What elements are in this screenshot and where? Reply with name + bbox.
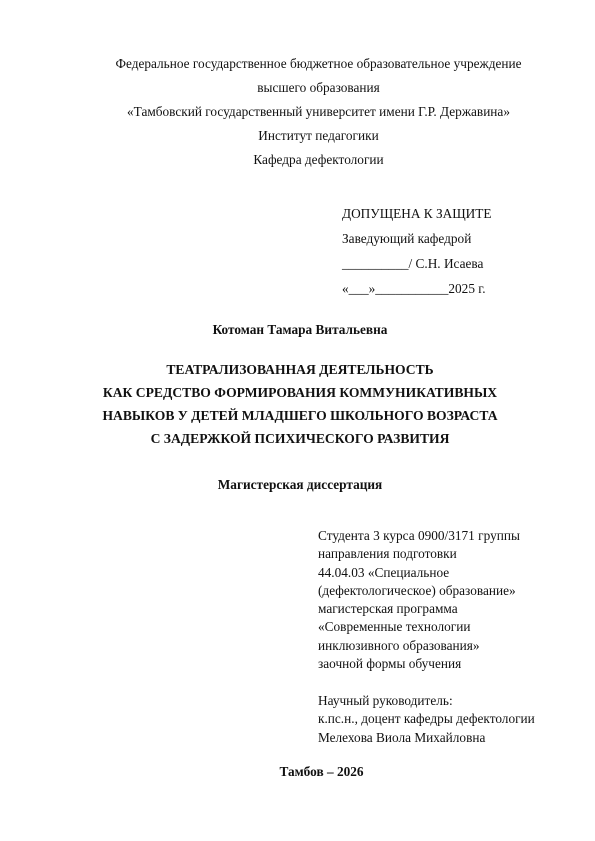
- student-info-line: магистерская программа: [318, 600, 520, 618]
- student-info-line: Студента 3 курса 0900/3171 группы: [318, 527, 520, 545]
- header-line-federal: Федеральное государственное бюджетное об…: [0, 56, 595, 72]
- title-line: С ЗАДЕРЖКОЙ ПСИХИЧЕСКОГО РАЗВИТИЯ: [0, 427, 595, 450]
- student-info-block: Студента 3 курса 0900/3171 группы направ…: [318, 527, 520, 673]
- approval-position: Заведующий кафедрой: [342, 226, 491, 251]
- student-info-line: (дефектологическое) образование»: [318, 582, 520, 600]
- title-line: ТЕАТРАЛИЗОВАННАЯ ДЕЯТЕЛЬНОСТЬ: [0, 358, 595, 381]
- supervisor-block: Научный руководитель: к.пс.н., доцент ка…: [318, 692, 535, 747]
- author-name: Котоман Тамара Витальевна: [0, 322, 595, 338]
- student-info-line: «Современные технологии: [318, 618, 520, 636]
- work-type: Магистерская диссертация: [0, 477, 595, 493]
- title-line: НАВЫКОВ У ДЕТЕЙ МЛАДШЕГО ШКОЛЬНОГО ВОЗРА…: [0, 404, 595, 427]
- approval-status: ДОПУЩЕНА К ЗАЩИТЕ: [342, 201, 491, 226]
- header-line-higher-education: высшего образования: [0, 80, 595, 96]
- supervisor-label: Научный руководитель:: [318, 692, 535, 710]
- city-year: Тамбов – 2026: [0, 764, 595, 780]
- approval-block: ДОПУЩЕНА К ЗАЩИТЕ Заведующий кафедрой __…: [342, 201, 491, 301]
- header-line-university: «Тамбовский государственный университет …: [0, 104, 595, 120]
- header-line-department: Кафедра дефектологии: [0, 152, 595, 168]
- supervisor-name: Мелехова Виола Михайловна: [318, 729, 535, 747]
- student-info-line: заочной формы обучения: [318, 655, 520, 673]
- title-line: КАК СРЕДСТВО ФОРМИРОВАНИЯ КОММУНИКАТИВНЫ…: [0, 381, 595, 404]
- student-info-line: инклюзивного образования»: [318, 637, 520, 655]
- header-line-institute: Институт педагогики: [0, 128, 595, 144]
- student-info-line: 44.04.03 «Специальное: [318, 564, 520, 582]
- approval-date-line: «___»___________2025 г.: [342, 276, 491, 301]
- title-page: Федеральное государственное бюджетное об…: [0, 0, 595, 841]
- thesis-title: ТЕАТРАЛИЗОВАННАЯ ДЕЯТЕЛЬНОСТЬ КАК СРЕДСТ…: [0, 358, 595, 450]
- supervisor-degree: к.пс.н., доцент кафедры дефектологии: [318, 710, 535, 728]
- student-info-line: направления подготовки: [318, 545, 520, 563]
- approval-signature-line: __________/ С.Н. Исаева: [342, 251, 491, 276]
